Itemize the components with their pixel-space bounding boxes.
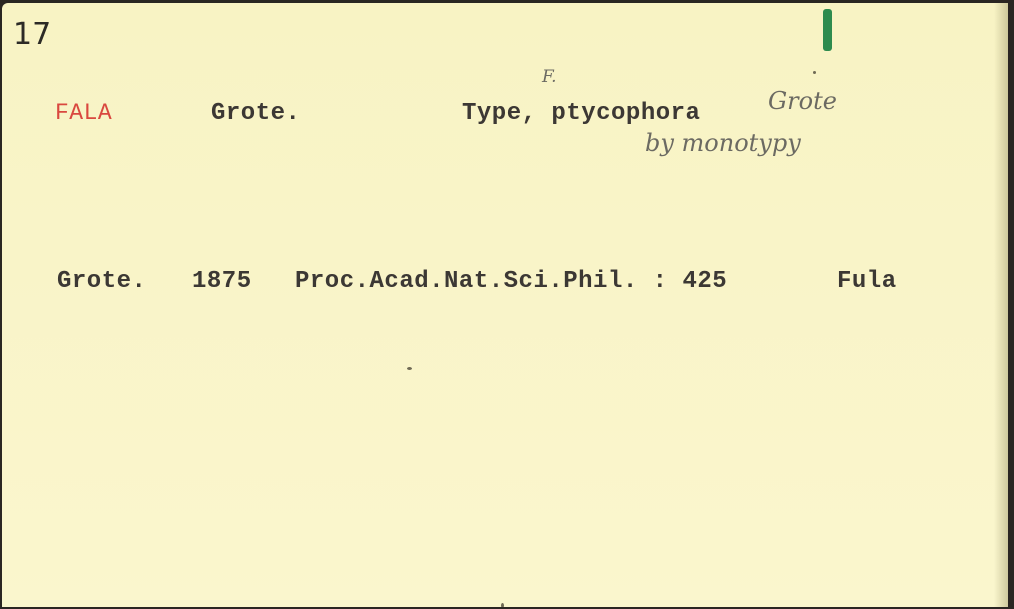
citation-author: Grote. bbox=[57, 268, 146, 295]
genus-name: FALA bbox=[55, 100, 112, 126]
green-tab-marker bbox=[823, 9, 832, 51]
annotation-note: by monotypy bbox=[645, 129, 801, 157]
annotation-genus-abbrev: F. bbox=[542, 67, 557, 87]
annotation-author: Grote bbox=[768, 87, 837, 115]
citation-publication: Proc.Acad.Nat.Sci.Phil. : 425 bbox=[295, 268, 727, 295]
original-spelling: Fula bbox=[837, 268, 897, 295]
index-card: 17 FALA Grote. Type, ptycophora F. Grote… bbox=[2, 3, 1008, 607]
type-species: Type, ptycophora bbox=[462, 100, 700, 127]
paper-speck bbox=[501, 603, 504, 607]
card-number: 17 bbox=[13, 17, 51, 52]
paper-speck bbox=[407, 367, 412, 370]
ink-dot bbox=[813, 71, 816, 74]
genus-author: Grote. bbox=[211, 100, 300, 127]
citation-year: 1875 bbox=[192, 268, 252, 295]
